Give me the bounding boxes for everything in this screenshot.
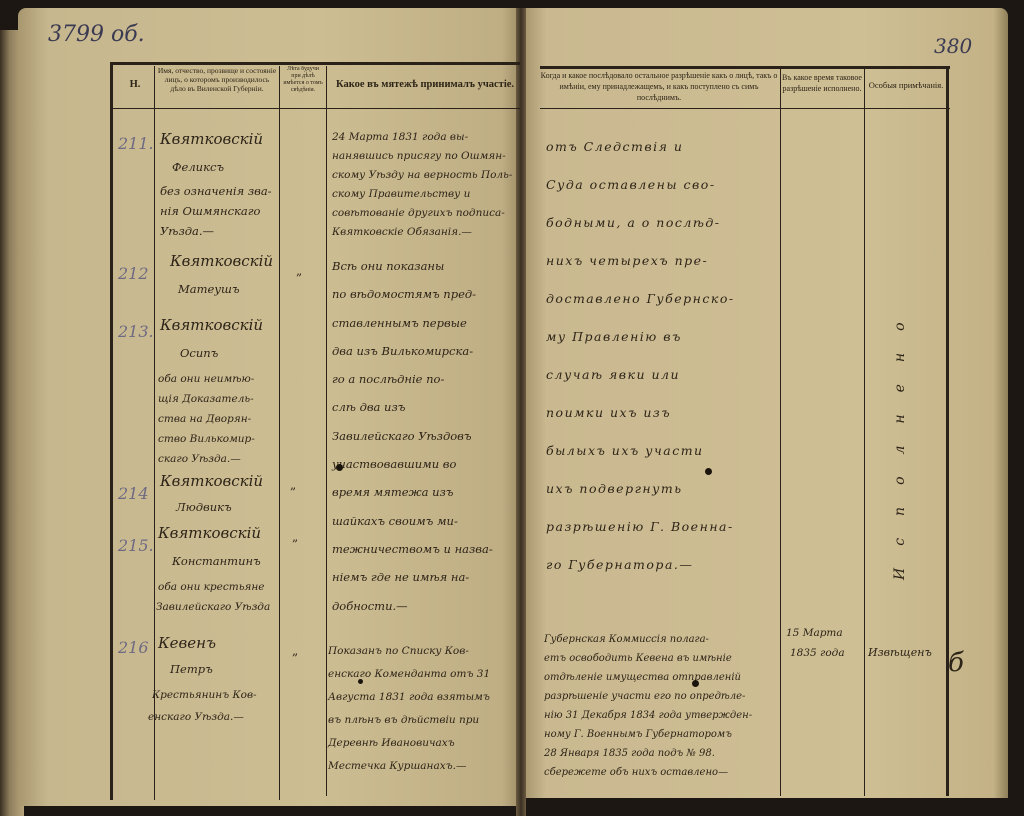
resolution-block-2: Губернская Коммиссія полага- етъ освобод… — [544, 630, 752, 782]
folio-number-left: 3799 об. — [48, 22, 145, 47]
text-line: Суда оставлены сво- — [546, 166, 735, 204]
text-line: скому Уѣзду на верность Поль- — [332, 166, 512, 185]
entry-given-name: Людвикъ — [176, 500, 232, 514]
text-line: поимки ихъ изъ — [546, 394, 735, 432]
header-top-rule-right — [540, 66, 950, 69]
text-line: Деревнѣ Ивановичахъ — [328, 732, 490, 755]
text-line: Квятковскіе Обязанія.— — [332, 223, 512, 242]
text-line: ставленнымъ первые — [332, 309, 493, 337]
entry-number: 216 — [118, 638, 149, 657]
header-num: Н. — [116, 80, 154, 90]
text-line: случаѣ явки или — [546, 356, 735, 394]
ditto-mark: „ — [292, 644, 298, 658]
header-age: Лѣта будучи при дѣлѣ имѣется о томъ свѣд… — [282, 66, 324, 108]
text-line: Местечка Куршанахъ.— — [328, 755, 490, 778]
header-name: Имя, отчество, прозвище и состояніе лицъ… — [157, 66, 277, 93]
note-entry-216: Извѣщенъ — [868, 646, 932, 660]
text-line: отдѣленіе имущества отправленій — [544, 668, 752, 687]
text-line: шайкахъ своимъ ми- — [332, 507, 493, 535]
resolution-block-1: отъ Следствія и Суда оставлены сво- бодн… — [546, 128, 735, 584]
text-line: совѣтованіе другихъ подписа- — [332, 204, 512, 223]
entry-given-name: Петръ — [170, 662, 213, 676]
entry-surname: Квятковскій — [160, 318, 263, 332]
text-line: тежничествомъ и назва- — [332, 535, 493, 563]
text-line: сбережете объ нихъ оставлено— — [544, 763, 752, 782]
text-line: ихъ подвергнуть — [546, 470, 735, 508]
header-bottom-rule-left — [112, 108, 520, 109]
text-line: въ плѣнъ въ дѣйствіи при — [328, 709, 490, 732]
header-top-rule-left — [112, 62, 520, 65]
ditto-mark: „ — [290, 478, 296, 492]
text-line: Показанъ по Списку Ков- — [328, 640, 490, 663]
entry-desc-line: щія Доказатель- — [158, 392, 254, 406]
text-line: разрѣшеніе участи его по опредѣле- — [544, 687, 752, 706]
entry-number: 215. — [118, 536, 154, 555]
entry-desc-line: ства на Дворян- — [158, 412, 251, 426]
entry-surname: Квятковскій — [160, 132, 263, 146]
text-line: время мятежа изъ — [332, 478, 493, 506]
entry-given-name: Феликсъ — [172, 160, 224, 174]
col-divider-executed — [864, 68, 865, 796]
text-line: нанявшись присягу по Ошмян- — [332, 147, 512, 166]
note-vertical-text: Исполнено — [892, 210, 908, 580]
text-line: былыхъ ихъ участи — [546, 432, 735, 470]
entry-desc-line: енскаго Уѣзда.— — [148, 710, 244, 724]
ditto-mark: „ — [292, 530, 298, 544]
text-line: му Правленію въ — [546, 318, 735, 356]
ink-blot — [692, 680, 699, 687]
text-line: бодными, а о послѣд- — [546, 204, 735, 242]
entry-number: 212 — [118, 264, 149, 283]
text-line: 28 Января 1835 года подъ № 98. — [544, 744, 752, 763]
participation-block-2: Всѣ они показаны по вѣдомостямъ пред- ст… — [332, 252, 493, 620]
table-border-left — [110, 62, 113, 800]
entry-surname: Квятковскій — [158, 526, 261, 540]
ink-blot — [358, 679, 363, 684]
entry-desc-line: ство Вилькомир- — [158, 432, 255, 446]
text-line: по вѣдомостямъ пред- — [332, 280, 493, 308]
text-line: нію 31 Декабря 1834 года утвержден- — [544, 706, 752, 725]
text-line: добности.— — [332, 592, 493, 620]
text-line: го Губернатора.— — [546, 546, 735, 584]
entry-given-name: Осипъ — [180, 346, 218, 360]
header-notes: Особыя примѣчанія. — [866, 80, 946, 91]
entry-desc-line: Крестьянинъ Ков- — [152, 688, 257, 702]
participation-block-3: Показанъ по Списку Ков- енскаго Комендан… — [328, 640, 490, 778]
text-line: ному Г. Военнымъ Губернаторомъ — [544, 725, 752, 744]
text-line: Губернская Коммиссія полага- — [544, 630, 752, 649]
ink-blot — [336, 464, 343, 471]
text-line: ніемъ где не имѣя на- — [332, 563, 493, 591]
header-bottom-rule-right — [540, 108, 950, 109]
text-line: два изъ Вилькомирска- — [332, 337, 493, 365]
entry-surname: Квятковскій — [170, 254, 273, 268]
text-line: участвовавшими во — [332, 450, 493, 478]
entry-desc-line: Уѣзда.— — [160, 224, 214, 238]
text-line: скому Правительству и — [332, 185, 512, 204]
header-participation: Какое въ мятежѣ принималъ участіе. — [330, 80, 520, 90]
text-line: енскаго Коменданта отъ 31 — [328, 663, 490, 686]
text-line: 24 Марта 1831 года вы- — [332, 128, 512, 147]
executed-date-line: 1835 года — [790, 646, 845, 660]
entry-number: 214 — [118, 484, 149, 503]
text-line: Августа 1831 года взятымъ — [328, 686, 490, 709]
header-resolution: Когда и какое послѣдовало остальное разр… — [540, 70, 778, 103]
entry-given-name: Константинъ — [172, 554, 261, 568]
entry-desc-line: Завилейскаго Уѣзда — [156, 600, 270, 614]
book-gutter — [516, 8, 526, 816]
archival-ledger-spread: 3799 об. 380 Н. Имя, отчество, прозвище … — [0, 0, 1024, 816]
text-line: доставлено Губернско- — [546, 280, 735, 318]
entry-desc-line: оба они крестьяне — [158, 580, 265, 594]
col-divider-resolution — [780, 68, 781, 796]
entry-given-name: Матеушъ — [178, 282, 240, 296]
participation-block-1: 24 Марта 1831 года вы- нанявшись присягу… — [332, 128, 512, 242]
folio-number-right: 380 — [934, 34, 972, 58]
flourish-mark: б — [948, 648, 964, 678]
entry-number: 211. — [118, 134, 154, 153]
text-line: етъ освободить Кевена въ имѣніе — [544, 649, 752, 668]
ink-blot — [705, 468, 712, 475]
text-line: нихъ четырехъ пре- — [546, 242, 735, 280]
entry-number: 213. — [118, 322, 154, 341]
table-border-right — [946, 66, 949, 796]
text-line: Завилейскаго Уѣздовъ — [332, 422, 493, 450]
executed-date-line: 15 Марта — [786, 626, 843, 640]
entry-desc-line: нія Ошмянскаго — [160, 204, 260, 218]
text-line: Всѣ они показаны — [332, 252, 493, 280]
ditto-mark: „ — [296, 264, 302, 278]
entry-surname: Квятковскій — [160, 474, 263, 488]
text-line: го а послѣдніе по- — [332, 365, 493, 393]
col-divider-age — [326, 66, 327, 796]
entry-desc-line: без означенія зва- — [160, 184, 272, 198]
col-divider-name — [279, 66, 280, 800]
header-executed: Въ какое время таковое разрѣшеніе исполн… — [782, 72, 862, 94]
text-line: отъ Следствія и — [546, 128, 735, 166]
entry-desc-line: скаго Уѣзда.— — [158, 452, 241, 466]
entry-desc-line: оба они неимѣю- — [158, 372, 254, 386]
entry-surname: Кевенъ — [158, 636, 216, 650]
text-line: слѣ два изъ — [332, 393, 493, 421]
text-line: разрѣшенію Г. Военна- — [546, 508, 735, 546]
